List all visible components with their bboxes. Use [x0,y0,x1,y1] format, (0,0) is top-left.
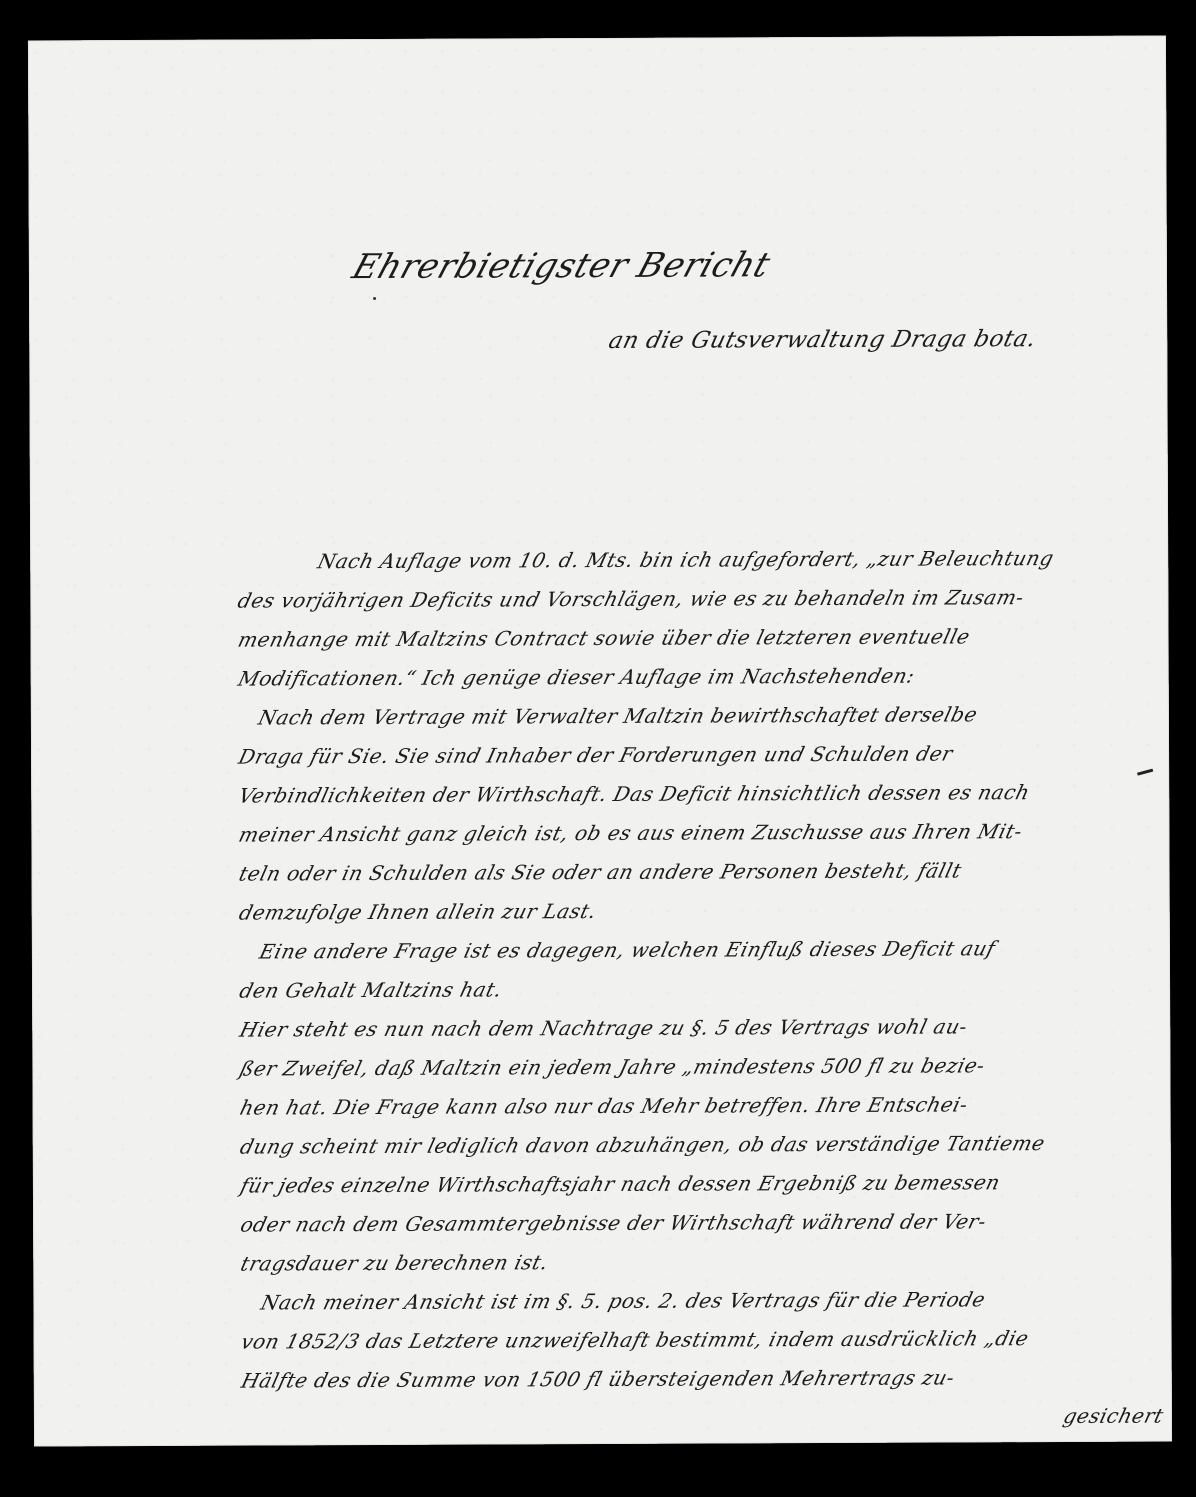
body-line: Eine andere Frage ist es dagegen, welche… [257,936,998,963]
body-line: Modificationen.“ Ich genüge dieser Aufla… [236,664,918,691]
heading-dot [373,297,376,300]
crossed-out-mark [1137,769,1153,776]
body-line: oder nach dem Gesammtergebnisse der Wirt… [238,1209,989,1236]
body-line: demzufolge Ihnen allein zur Last. [237,899,599,925]
body-line: hen hat. Die Frage kann also nur das Meh… [238,1092,971,1119]
body-line: menhange mit Maltzins Contract sowie übe… [236,624,973,651]
body-line: dung scheint mir lediglich davon abzuhän… [238,1131,1048,1159]
body-line: Nach dem Vertrage mit Verwalter Maltzin … [256,702,980,729]
body-line: des vorjährigen Deficits und Vorschlägen… [235,585,1026,612]
body-line: Nach meiner Ansicht ist im §. 5. pos. 2.… [258,1287,988,1314]
body-line: den Gehalt Maltzins hat. [237,977,505,1002]
body-line: meiner Ansicht ganz gleich ist, ob es au… [236,819,1025,846]
body-line-final: gesichert [1061,1404,1166,1428]
letter-page: Ehrerbietigster Bericht an die Gutsverwa… [28,36,1172,1447]
letter-addressee: an die Gutsverwaltung Draga bota. [606,326,1039,354]
body-line: Nach Auflage vom 10. d. Mts. bin ich auf… [315,546,1056,573]
body-line: Hier steht es nun nach dem Nachtrage zu … [237,1014,970,1041]
body-line: Hälfte des die Summe von 1500 fl überste… [239,1365,957,1392]
body-line: tragsdauer zu berechnen ist. [238,1250,551,1275]
letter-heading: Ehrerbietigster Bericht [348,245,776,287]
body-line: Draga für Sie. Sie sind Inhaber der Ford… [236,741,955,768]
body-line: von 1852/3 das Letztere unzweifelhaft be… [239,1326,1032,1353]
body-line: teln oder in Schulden als Sie oder an an… [237,858,965,885]
body-line: für jedes einzelne Wirthschaftsjahr nach… [238,1170,1003,1197]
body-line: ßer Zweifel, daß Maltzin ein jedem Jahre… [237,1053,987,1080]
body-line: Verbindlichkeiten der Wirthschaft. Das D… [236,780,1032,807]
